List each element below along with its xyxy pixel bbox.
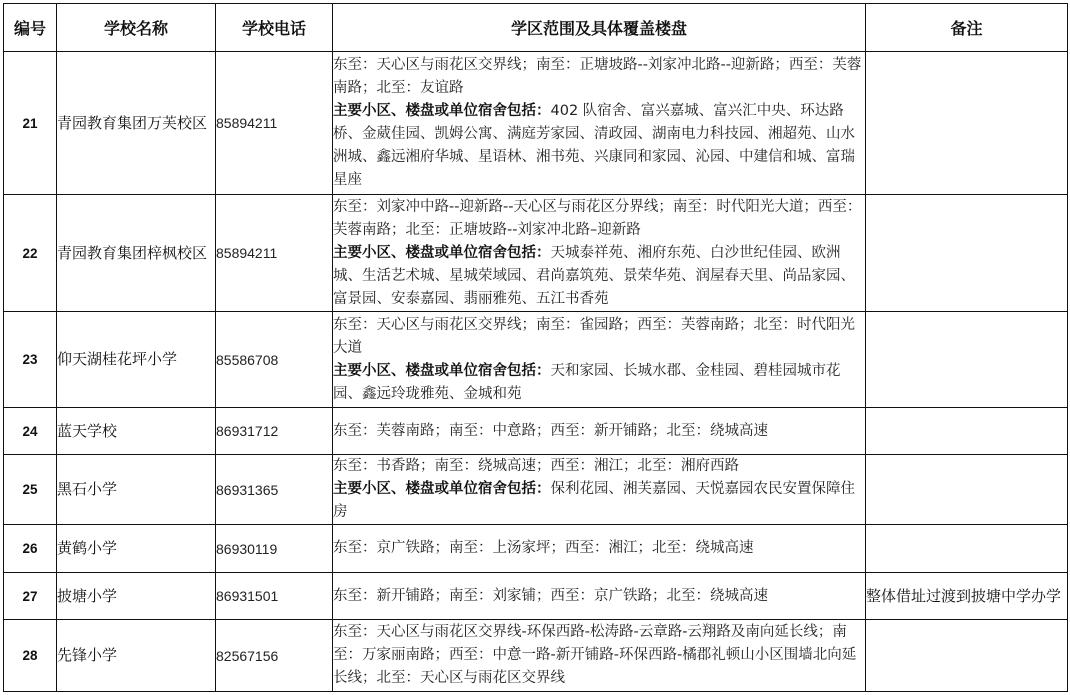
table-row: 28 先锋小学 82567156 东至：天心区与雨花区交界线-环保西路-松涛路-… bbox=[4, 620, 1068, 692]
table-row: 26 黄鹤小学 86930119 东至：京广铁路；南至：上汤家坪；西至：湘江；北… bbox=[4, 525, 1068, 573]
school-name: 先锋小学 bbox=[57, 620, 216, 692]
estates-label: 主要小区、楼盘或单位宿舍包括： bbox=[333, 103, 551, 119]
district-range: 东至：京广铁路；南至：上汤家坪；西至：湘江；北至：绕城高速 bbox=[333, 525, 866, 573]
district-range: 东至：芙蓉南路；南至：中意路；西至：新开铺路；北至：绕城高速 bbox=[333, 408, 866, 455]
school-phone: 85586708 bbox=[216, 312, 333, 408]
row-number: 24 bbox=[4, 408, 57, 455]
table-row: 21 青园教育集团万芙校区 85894211 东至：天心区与雨花区交界线；南至：… bbox=[4, 52, 1068, 195]
school-phone: 85894211 bbox=[216, 195, 333, 312]
row-number: 22 bbox=[4, 195, 57, 312]
district-range: 东至：天心区与雨花区交界线；南至：正塘坡路--刘家冲北路--迎新路；西至：芙蓉南… bbox=[333, 52, 866, 195]
row-number: 26 bbox=[4, 525, 57, 573]
district-range: 东至：书香路；南至：绕城高速；西至：湘江；北至：湘府西路 主要小区、楼盘或单位宿… bbox=[333, 455, 866, 525]
district-range: 东至：天心区与雨花区交界线-环保西路-松涛路-云章路-云翔路及南向延长线；南至：… bbox=[333, 620, 866, 692]
boundary-text: 东至：刘家冲中路--迎新路--天心区与雨花区分界线；南至：时代阳光大道；西至：芙… bbox=[333, 196, 865, 242]
boundary-text: 东至：芙蓉南路；南至：中意路；西至：新开铺路；北至：绕城高速 bbox=[333, 420, 865, 443]
school-name: 仰天湖桂花坪小学 bbox=[57, 312, 216, 408]
header-school-phone: 学校电话 bbox=[216, 4, 333, 52]
estates-text: 主要小区、楼盘或单位宿舍包括：天城泰祥苑、湘府东苑、白沙世纪佳园、欧洲城、生活艺… bbox=[333, 242, 865, 311]
estates-label: 主要小区、楼盘或单位宿舍包括： bbox=[333, 363, 551, 379]
remarks bbox=[866, 455, 1068, 525]
school-district-table: 编号 学校名称 学校电话 学区范围及具体覆盖楼盘 备注 21 青园教育集团万芙校… bbox=[3, 3, 1068, 692]
row-number: 27 bbox=[4, 573, 57, 620]
row-number: 23 bbox=[4, 312, 57, 408]
school-name: 披塘小学 bbox=[57, 573, 216, 620]
district-range: 东至：天心区与雨花区交界线；南至：雀园路；西至：芙蓉南路；北至：时代阳光大道 主… bbox=[333, 312, 866, 408]
table-row: 27 披塘小学 86931501 东至：新开铺路；南至：刘家铺；西至：京广铁路；… bbox=[4, 573, 1068, 620]
estates-text: 主要小区、楼盘或单位宿舍包括：402 队宿舍、富兴嘉城、富兴汇中央、环达路桥、金… bbox=[333, 100, 865, 192]
school-phone: 86930119 bbox=[216, 525, 333, 573]
school-phone: 86931712 bbox=[216, 408, 333, 455]
school-phone: 82567156 bbox=[216, 620, 333, 692]
school-name: 青园教育集团梓枫校区 bbox=[57, 195, 216, 312]
school-phone: 86931365 bbox=[216, 455, 333, 525]
header-row: 编号 学校名称 学校电话 学区范围及具体覆盖楼盘 备注 bbox=[4, 4, 1068, 52]
estates-text: 主要小区、楼盘或单位宿舍包括：天和家园、长城水郡、金桂园、碧桂园城市花园、鑫远玲… bbox=[333, 360, 865, 406]
boundary-text: 东至：天心区与雨花区交界线；南至：正塘坡路--刘家冲北路--迎新路；西至：芙蓉南… bbox=[333, 54, 865, 100]
remarks bbox=[866, 408, 1068, 455]
estates-label: 主要小区、楼盘或单位宿舍包括： bbox=[333, 245, 551, 261]
boundary-text: 东至：天心区与雨花区交界线-环保西路-松涛路-云章路-云翔路及南向延长线；南至：… bbox=[333, 621, 865, 690]
row-number: 28 bbox=[4, 620, 57, 692]
table-row: 22 青园教育集团梓枫校区 85894211 东至：刘家冲中路--迎新路--天心… bbox=[4, 195, 1068, 312]
remarks bbox=[866, 195, 1068, 312]
school-name: 黑石小学 bbox=[57, 455, 216, 525]
header-district-range: 学区范围及具体覆盖楼盘 bbox=[333, 4, 866, 52]
table-row: 24 蓝天学校 86931712 东至：芙蓉南路；南至：中意路；西至：新开铺路；… bbox=[4, 408, 1068, 455]
school-phone: 85894211 bbox=[216, 52, 333, 195]
boundary-text: 东至：京广铁路；南至：上汤家坪；西至：湘江；北至：绕城高速 bbox=[333, 537, 865, 560]
row-number: 25 bbox=[4, 455, 57, 525]
estates-label: 主要小区、楼盘或单位宿舍包括： bbox=[333, 481, 551, 497]
remarks bbox=[866, 525, 1068, 573]
table-row: 25 黑石小学 86931365 东至：书香路；南至：绕城高速；西至：湘江；北至… bbox=[4, 455, 1068, 525]
boundary-text: 东至：新开铺路；南至：刘家铺；西至：京广铁路；北至：绕城高速 bbox=[333, 585, 865, 608]
school-name: 黄鹤小学 bbox=[57, 525, 216, 573]
boundary-text: 东至：天心区与雨花区交界线；南至：雀园路；西至：芙蓉南路；北至：时代阳光大道 bbox=[333, 314, 865, 360]
header-number: 编号 bbox=[4, 4, 57, 52]
remarks bbox=[866, 52, 1068, 195]
boundary-text: 东至：书香路；南至：绕城高速；西至：湘江；北至：湘府西路 bbox=[333, 455, 865, 478]
remarks: 整体借址过渡到披塘中学办学 bbox=[866, 573, 1068, 620]
school-phone: 86931501 bbox=[216, 573, 333, 620]
header-remarks: 备注 bbox=[866, 4, 1068, 52]
district-range: 东至：新开铺路；南至：刘家铺；西至：京广铁路；北至：绕城高速 bbox=[333, 573, 866, 620]
remarks bbox=[866, 312, 1068, 408]
district-range: 东至：刘家冲中路--迎新路--天心区与雨花区分界线；南至：时代阳光大道；西至：芙… bbox=[333, 195, 866, 312]
remarks bbox=[866, 620, 1068, 692]
row-number: 21 bbox=[4, 52, 57, 195]
school-name: 青园教育集团万芙校区 bbox=[57, 52, 216, 195]
estates-text: 主要小区、楼盘或单位宿舍包括：保利花园、湘芙嘉园、天悦嘉园农民安置保障住房 bbox=[333, 478, 865, 524]
school-name: 蓝天学校 bbox=[57, 408, 216, 455]
header-school-name: 学校名称 bbox=[57, 4, 216, 52]
table-row: 23 仰天湖桂花坪小学 85586708 东至：天心区与雨花区交界线；南至：雀园… bbox=[4, 312, 1068, 408]
